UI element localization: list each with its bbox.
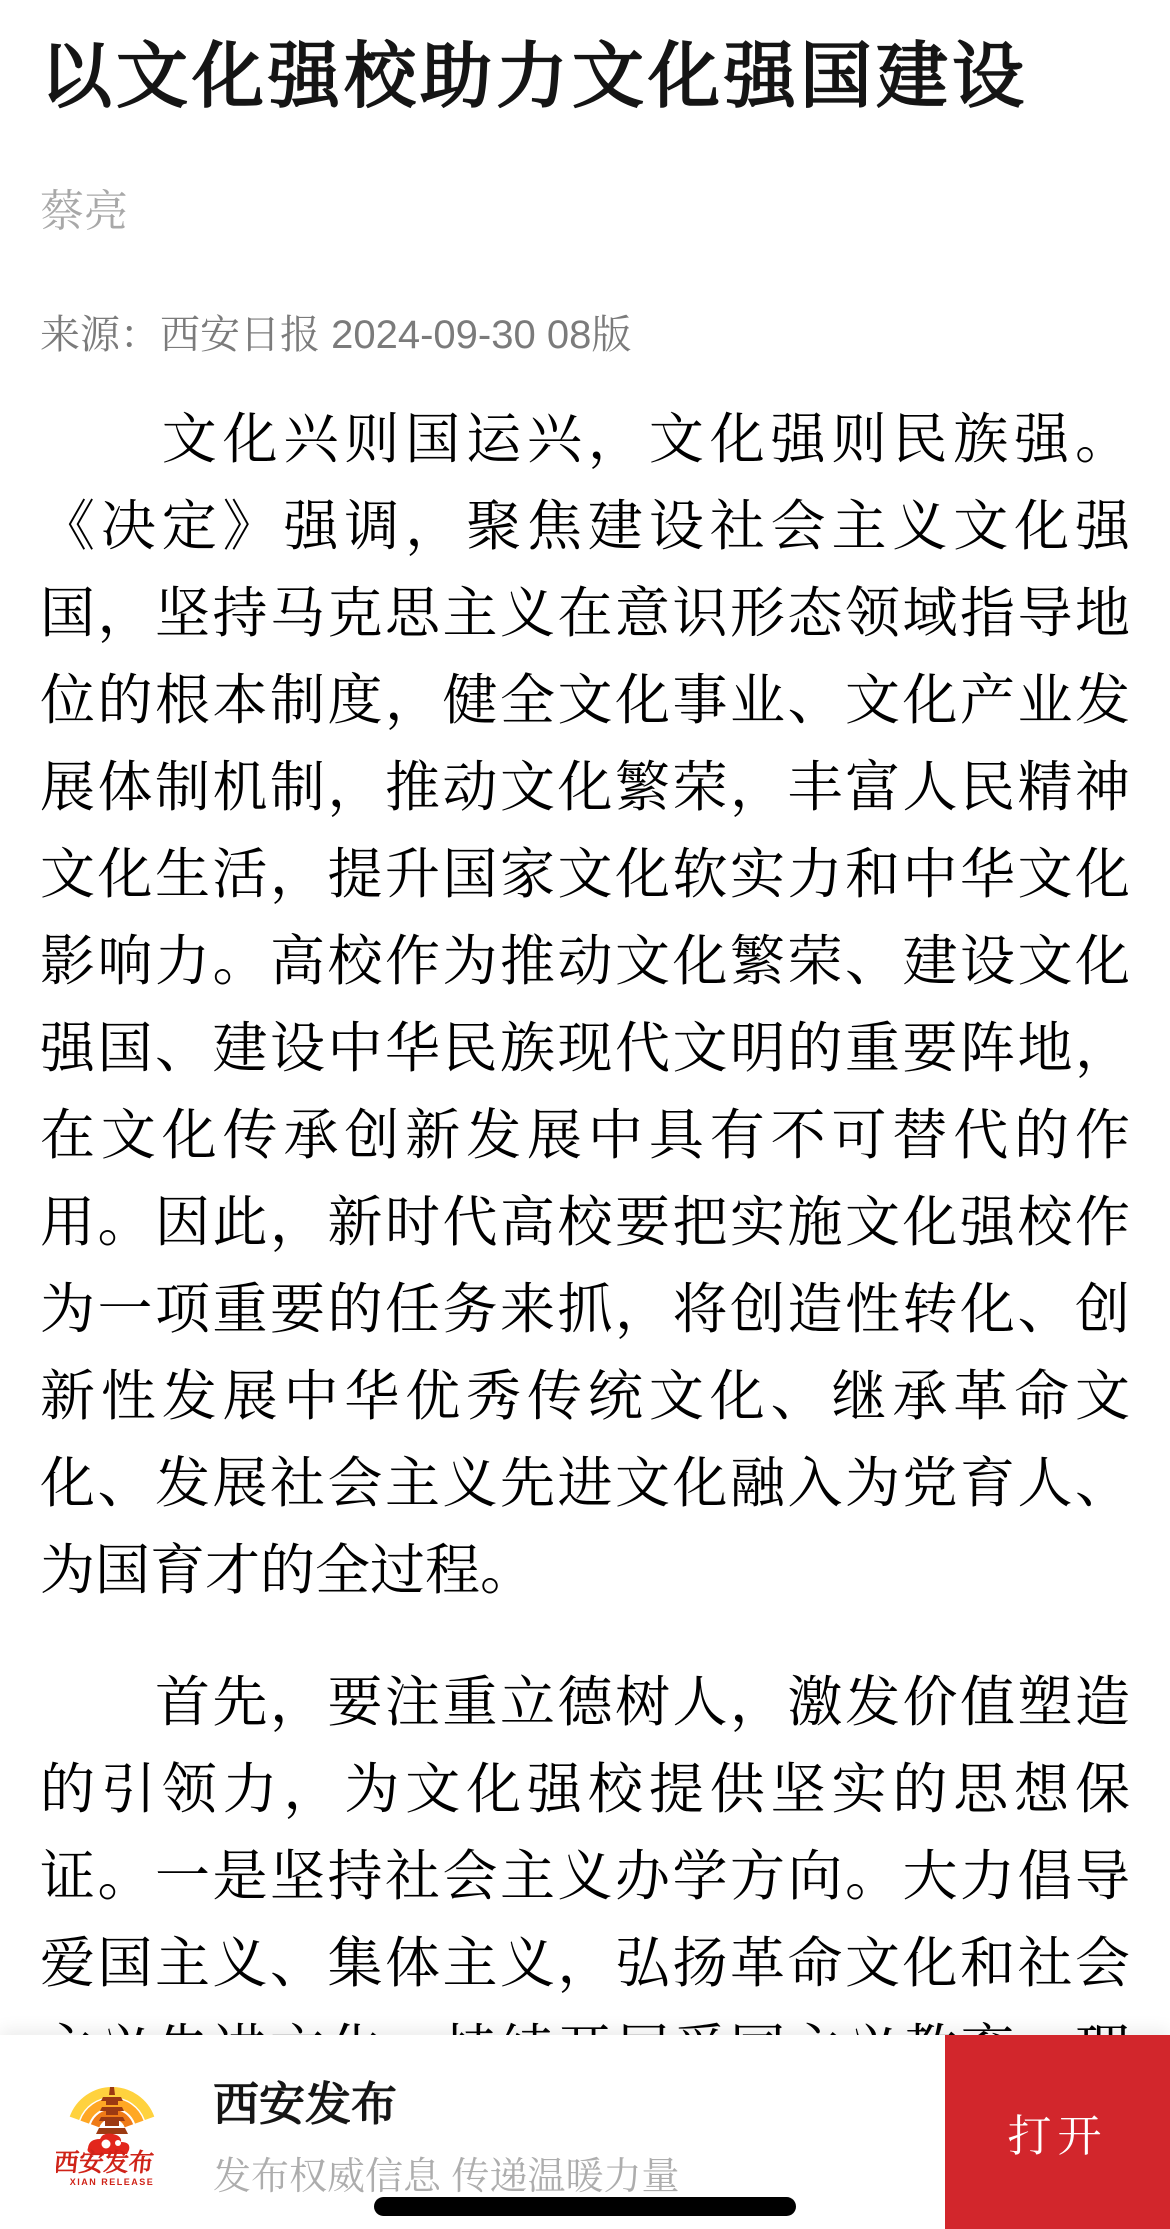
- paragraph-2: 首先，要注重立德树人，激发价值塑造 的引领力，为文化强校提供坚实的思想保 证。一…: [40, 1659, 1130, 2094]
- article-source: 来源：西安日报 2024-09-30 08版: [40, 303, 1130, 360]
- text-line: 国，坚持马克思主义在意识形态领域指导地: [40, 570, 1130, 657]
- text-line: 的引领力，为文化强校提供坚实的思想保: [40, 1746, 1130, 1833]
- app-tagline: 发布权威信息 传递温暖力量: [213, 2145, 680, 2200]
- article-author: 蔡亮: [40, 175, 1130, 239]
- text-line: 化、发展社会主义先进文化融入为党育人、: [40, 1440, 1130, 1527]
- text-line: 为一项重要的任务来抓，将创造性转化、创: [40, 1266, 1130, 1353]
- text-line: 在文化传承创新发展中具有不可替代的作: [40, 1092, 1130, 1179]
- text-line: 用。因此，新时代高校要把实施文化强校作: [40, 1179, 1130, 1266]
- text-line: 《决定》强调，聚焦建设社会主义文化强: [40, 483, 1130, 570]
- app-download-banner: 西安发布 XIAN RELEASE 西安发布 发布权威信息 传递温暖力量 打开: [0, 2035, 1170, 2229]
- text-line: 首先，要注重立德树人，激发价值塑造: [40, 1659, 1130, 1746]
- text-line: 新性发展中华优秀传统文化、继承革命文: [40, 1353, 1130, 1440]
- xian-release-logo-icon: 西安发布 XIAN RELEASE: [56, 2085, 168, 2189]
- app-name: 西安发布: [213, 2079, 680, 2129]
- text-line: 位的根本制度，健全文化事业、文化产业发: [40, 657, 1130, 744]
- logo-text: 西安发布: [56, 2148, 155, 2177]
- text-line: 证。一是坚持社会主义办学方向。大力倡导: [40, 1833, 1130, 1920]
- text-line: 展体制机制，推动文化繁荣，丰富人民精神: [40, 744, 1130, 831]
- article-content: 以文化强校助力文化强国建设 蔡亮 来源：西安日报 2024-09-30 08版 …: [0, 36, 1170, 2094]
- article-body: 文化兴则国运兴，文化强则民族强。 《决定》强调，聚焦建设社会主义文化强 国，坚持…: [40, 396, 1130, 2094]
- text-line: 文化生活，提升国家文化软实力和中华文化: [40, 831, 1130, 918]
- open-button[interactable]: 打开: [945, 2035, 1170, 2229]
- text-line: 为国育才的全过程。: [40, 1527, 1130, 1614]
- home-indicator[interactable]: [374, 2197, 796, 2216]
- article-page: 以文化强校助力文化强国建设 蔡亮 来源：西安日报 2024-09-30 08版 …: [0, 36, 1170, 2094]
- text-line: 爱国主义、集体主义，弘扬革命文化和社会: [40, 1920, 1130, 2007]
- text-line: 影响力。高校作为推动文化繁荣、建设文化: [40, 918, 1130, 1005]
- logo-subtext: XIAN RELEASE: [70, 2177, 155, 2187]
- text-line: 强国、建设中华民族现代文明的重要阵地，: [40, 1005, 1130, 1092]
- app-info: 西安发布 发布权威信息 传递温暖力量: [213, 2079, 680, 2200]
- article-title: 以文化强校助力文化强国建设: [40, 36, 1130, 119]
- paragraph-1: 文化兴则国运兴，文化强则民族强。 《决定》强调，聚焦建设社会主义文化强 国，坚持…: [40, 396, 1130, 1614]
- text-line: 文化兴则国运兴，文化强则民族强。: [40, 396, 1130, 483]
